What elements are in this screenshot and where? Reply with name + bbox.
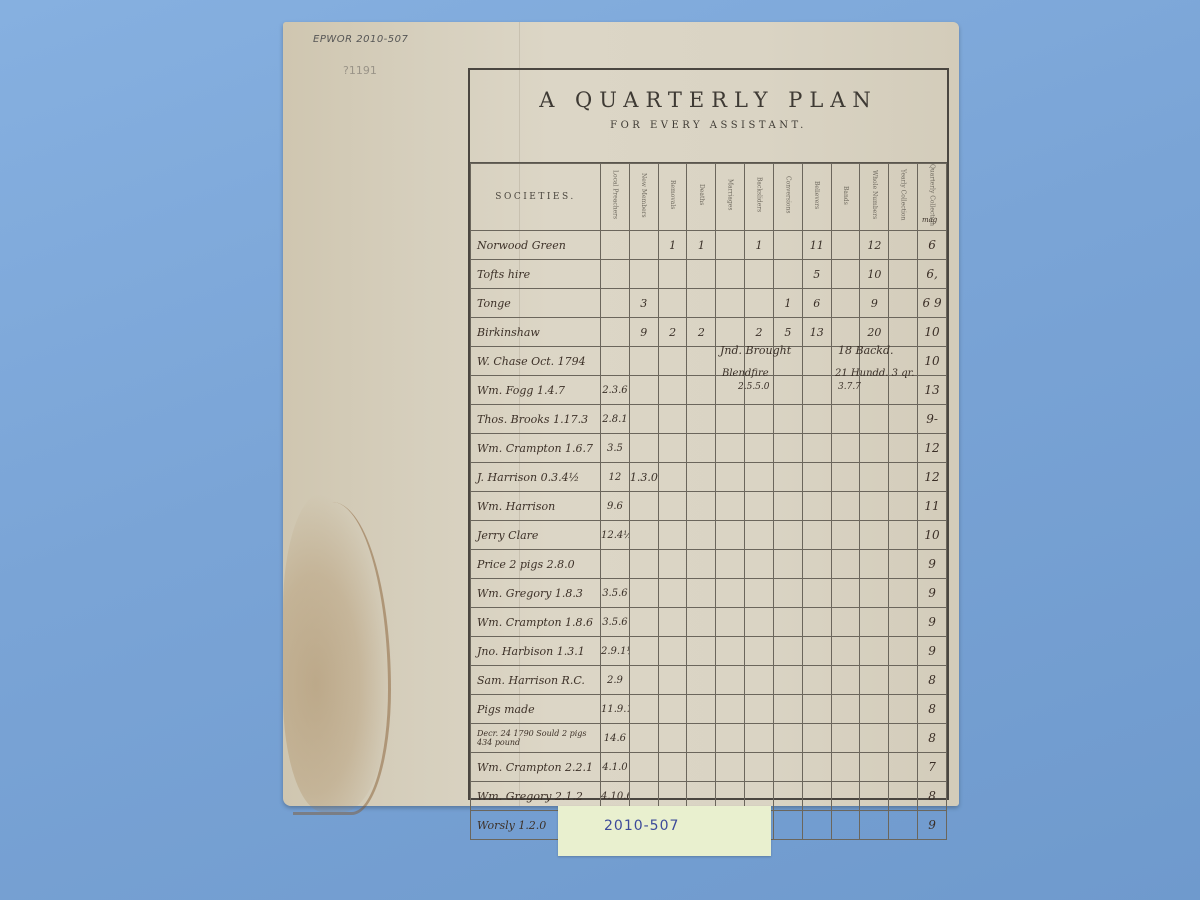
table-cell [802,492,831,521]
table-cell [860,695,889,724]
table-cell [658,260,687,289]
table-cell [860,753,889,782]
table-cell [889,695,918,724]
table-cell [601,550,630,579]
table-cell [687,376,716,405]
table-cell [716,405,745,434]
table-cell: 3.5 [601,434,630,463]
table-cell [773,724,802,753]
table-cell [889,637,918,666]
page-subtitle: FOR EVERY ASSISTANT. [470,112,947,131]
table-cell [629,347,658,376]
table-cell [629,434,658,463]
accession-number: 2010-507 [604,818,679,834]
table-cell [658,376,687,405]
table-cell: 10 [918,521,947,550]
table-cell [687,724,716,753]
page-title: A QUARTERLY PLAN [470,70,947,112]
table-cell [860,782,889,811]
table-cell [716,289,745,318]
table-cell [860,434,889,463]
table-cell [687,753,716,782]
table-cell [658,637,687,666]
table-cell [629,550,658,579]
plan-table: SOCIETIES. Local Preachers New Members R… [470,163,947,840]
table-cell [687,521,716,550]
table-cell [802,434,831,463]
table-cell [860,608,889,637]
table-cell: 12 [918,463,947,492]
table-cell: 12 [601,463,630,492]
table-cell [716,550,745,579]
faint-number: ?1191 [343,64,377,77]
table-cell [601,289,630,318]
table-cell [831,550,860,579]
table-cell [860,521,889,550]
table-cell [687,463,716,492]
table-cell [687,434,716,463]
table-cell [889,521,918,550]
margin-note: 2.5.5.0 [738,382,770,392]
table-cell: 20 [860,318,889,347]
table-cell [629,405,658,434]
margin-note: Blendfire [722,368,769,379]
table-cell: 9.6 [601,492,630,521]
table-cell [889,492,918,521]
table-cell [831,492,860,521]
table-row: Jno. Harbison 1.3.12.9.1½9 [471,637,947,666]
table-cell [831,666,860,695]
table-cell [889,376,918,405]
table-cell [658,666,687,695]
table-cell [658,405,687,434]
society-name: Thos. Brooks 1.17.3 [471,405,601,434]
table-cell: 9- [918,405,947,434]
table-cell [860,405,889,434]
table-cell [831,289,860,318]
table-cell [831,695,860,724]
table-cell [831,434,860,463]
table-cell: 9 [918,550,947,579]
table-cell: 8 [918,782,947,811]
table-row: Sam. Harrison R.C.2.98 [471,666,947,695]
table-row: Wm. Crampton 2.2.14.1.07 [471,753,947,782]
table-cell [716,492,745,521]
table-cell: 12 [918,434,947,463]
column-header: Bands [831,164,860,231]
table-cell [601,231,630,260]
margin-note: 18 Backd. [838,344,894,357]
table-cell [716,231,745,260]
societies-header: SOCIETIES. [471,164,601,231]
table-cell [716,637,745,666]
table-cell: 7 [918,753,947,782]
table-cell: 11 [802,231,831,260]
table-cell [831,521,860,550]
table-cell [745,492,774,521]
table-row: Tonge31696 9 [471,289,947,318]
table-cell: 10 [918,347,947,376]
table-cell: 2.9 [601,666,630,695]
table-cell [745,289,774,318]
table-cell [658,753,687,782]
table-cell [831,260,860,289]
table-cell [831,637,860,666]
document-page: EPWOR 2010-507 ?1191 A QUARTERLY PLAN FO… [283,22,959,806]
table-cell: 2 [687,318,716,347]
column-header: Marriages [716,164,745,231]
table-cell: 13 [802,318,831,347]
table-cell [629,608,658,637]
society-name: Tonge [471,289,601,318]
society-name: Decr. 24 1790 Sould 2 pigs 434 pound [471,724,601,753]
table-cell [658,463,687,492]
table-cell: 1.3.0 [629,463,658,492]
table-cell [716,608,745,637]
table-cell [687,347,716,376]
table-cell [802,753,831,782]
table-cell [831,724,860,753]
table-cell [831,405,860,434]
table-cell [658,608,687,637]
table-cell: 6, [918,260,947,289]
table-row: Decr. 24 1790 Sould 2 pigs 434 pound14.6… [471,724,947,753]
table-cell [745,695,774,724]
table-cell [658,695,687,724]
table-cell [831,318,860,347]
table-cell [802,376,831,405]
table-cell [745,579,774,608]
table-cell [629,695,658,724]
table-cell [889,318,918,347]
table-cell: 8 [918,666,947,695]
table-cell [629,753,658,782]
table-cell [687,550,716,579]
table-cell [831,811,860,840]
table-cell [773,260,802,289]
column-header: Believers [802,164,831,231]
table-cell [802,463,831,492]
society-name: Sam. Harrison R.C. [471,666,601,695]
table-cell [745,608,774,637]
table-cell [889,289,918,318]
table-cell [889,434,918,463]
table-row: Wm. Harrison9.611 [471,492,947,521]
table-cell [889,405,918,434]
table-cell: 2 [745,318,774,347]
table-row: Birkinshaw92225132010 [471,318,947,347]
society-name: W. Chase Oct. 1794 [471,347,601,376]
table-cell [658,434,687,463]
table-cell [802,637,831,666]
table-cell [773,782,802,811]
table-cell [716,579,745,608]
society-name: Jno. Harbison 1.3.1 [471,637,601,666]
table-cell: 3.5.6 [601,579,630,608]
table-cell [745,260,774,289]
table-cell: 11.9.1½ [601,695,630,724]
table-cell [773,521,802,550]
table-cell [773,405,802,434]
table-cell [889,463,918,492]
table-cell [802,811,831,840]
table-cell [802,405,831,434]
table-cell [802,666,831,695]
table-cell [629,492,658,521]
table-cell [745,405,774,434]
table-cell: 9 [918,637,947,666]
table-cell: 2.8.1 [601,405,630,434]
table-cell [860,550,889,579]
table-cell [773,434,802,463]
title-block: A QUARTERLY PLAN FOR EVERY ASSISTANT. [470,70,947,163]
table-cell [831,753,860,782]
society-name: Price 2 pigs 2.8.0 [471,550,601,579]
margin-note: mag [922,216,937,224]
table-cell [716,753,745,782]
table-cell [773,608,802,637]
table-cell [773,231,802,260]
table-cell: 11 [918,492,947,521]
table-cell [745,666,774,695]
table-cell [716,666,745,695]
table-cell [716,724,745,753]
table-cell [716,260,745,289]
table-cell: 6 9 [918,289,947,318]
table-cell [773,666,802,695]
society-name: J. Harrison 0.3.4½ [471,463,601,492]
table-cell [687,637,716,666]
column-header: Conversions [773,164,802,231]
table-cell [802,724,831,753]
table-cell: 5 [773,318,802,347]
table-cell [745,550,774,579]
table-cell [802,782,831,811]
table-cell: 8 [918,724,947,753]
table-cell: 12 [860,231,889,260]
table-cell [629,579,658,608]
table-cell: 9 [918,811,947,840]
table-cell: 1 [658,231,687,260]
table-cell [629,376,658,405]
table-cell: 2 [658,318,687,347]
archive-mark: EPWOR 2010-507 [313,34,408,45]
table-cell: 2.3.6 [601,376,630,405]
table-cell: 5 [802,260,831,289]
table-cell [889,666,918,695]
table-row: Pigs made11.9.1½8 [471,695,947,724]
table-cell [716,318,745,347]
table-cell: 1 [773,289,802,318]
table-row: Wm. Crampton 1.8.63.5.69 [471,608,947,637]
table-cell [687,666,716,695]
accession-label: 2010-507 [558,806,771,856]
table-cell [802,579,831,608]
table-cell: 13 [918,376,947,405]
table-cell [802,347,831,376]
table-cell [860,724,889,753]
table-cell [773,492,802,521]
table-cell: 3 [629,289,658,318]
table-cell: 12.4½ / 32 [601,521,630,550]
table-cell [658,289,687,318]
table-cell [802,608,831,637]
table-row: Wm. Gregory 1.8.33.5.69 [471,579,947,608]
table-cell: 6 [918,231,947,260]
table-row: J. Harrison 0.3.4½121.3.012 [471,463,947,492]
table-cell [860,637,889,666]
society-name: Wm. Harrison [471,492,601,521]
table-cell [889,724,918,753]
table-cell: 10 [918,318,947,347]
table-cell [860,463,889,492]
table-cell [601,318,630,347]
table-cell [831,231,860,260]
table-cell [860,376,889,405]
table-cell [773,579,802,608]
society-name: Norwood Green [471,231,601,260]
table-row: Norwood Green11111126 [471,231,947,260]
table-cell [629,260,658,289]
table-cell [687,405,716,434]
society-name: Jerry Clare [471,521,601,550]
table-cell [773,695,802,724]
table-cell: 1 [687,231,716,260]
table-cell: 8 [918,695,947,724]
table-cell [601,347,630,376]
table-cell [716,463,745,492]
column-header: Local Preachers [601,164,630,231]
table-cell [629,666,658,695]
table-cell [745,521,774,550]
table-cell: 9 [918,579,947,608]
table-cell [687,579,716,608]
table-cell [687,289,716,318]
society-name: Wm. Gregory 1.8.3 [471,579,601,608]
table-cell [716,695,745,724]
table-cell: 4.1.0 [601,753,630,782]
society-name: Pigs made [471,695,601,724]
table-cell [802,695,831,724]
table-cell [802,550,831,579]
column-header: Whole Numbers [860,164,889,231]
table-cell [745,434,774,463]
quarterly-plan-form: A QUARTERLY PLAN FOR EVERY ASSISTANT. SO… [468,68,949,800]
society-name: Wm. Crampton 2.2.1 [471,753,601,782]
column-header: New Members [629,164,658,231]
table-cell [802,521,831,550]
society-name: Tofts hire [471,260,601,289]
table-cell [773,753,802,782]
table-cell [658,521,687,550]
table-row: Wm. Crampton 1.6.73.512 [471,434,947,463]
table-cell: 14.6 [601,724,630,753]
column-header: Backsliders [745,164,774,231]
table-row: Tofts hire5106, [471,260,947,289]
table-row: Jerry Clare12.4½ / 3210 [471,521,947,550]
table-cell [831,782,860,811]
table-cell [658,724,687,753]
column-header: Removals [658,164,687,231]
table-cell [860,492,889,521]
column-header: Deaths [687,164,716,231]
table-cell [889,231,918,260]
society-name: Wm. Crampton 1.8.6 [471,608,601,637]
table-cell [831,579,860,608]
table-cell [773,376,802,405]
table-cell [773,637,802,666]
society-name: Wm. Fogg 1.4.7 [471,376,601,405]
column-header: Yearly Collection [889,164,918,231]
table-cell [889,260,918,289]
table-cell [831,463,860,492]
plan-body: Norwood Green11111126Tofts hire5106,Tong… [471,231,947,840]
table-row: Wm. Fogg 1.4.72.3.613 [471,376,947,405]
table-cell: 3.5.6 [601,608,630,637]
table-cell [745,463,774,492]
table-cell [687,260,716,289]
table-cell: 9 [629,318,658,347]
table-row: Thos. Brooks 1.17.32.8.19- [471,405,947,434]
table-cell: 9 [918,608,947,637]
table-cell [889,579,918,608]
table-row: Price 2 pigs 2.8.09 [471,550,947,579]
table-cell [601,260,630,289]
table-cell [889,608,918,637]
table-cell [773,550,802,579]
table-cell [658,492,687,521]
society-name: Birkinshaw [471,318,601,347]
table-cell [658,347,687,376]
table-cell [831,608,860,637]
header-row: SOCIETIES. Local Preachers New Members R… [471,164,947,231]
table-cell [629,724,658,753]
table-cell [687,608,716,637]
table-cell: 6 [802,289,831,318]
table-cell [889,550,918,579]
table-cell [889,811,918,840]
table-cell [716,434,745,463]
table-cell [687,492,716,521]
table-cell [658,579,687,608]
table-cell [889,753,918,782]
table-cell [687,695,716,724]
table-cell [716,521,745,550]
table-cell: 9 [860,289,889,318]
table-cell: 1 [745,231,774,260]
table-cell: 2.9.1½ [601,637,630,666]
margin-note: 3.7.7 [838,382,861,392]
margin-note: Jnd. Brought [720,344,791,357]
table-cell [745,753,774,782]
table-cell [860,579,889,608]
society-name: Wm. Crampton 1.6.7 [471,434,601,463]
table-cell [629,637,658,666]
table-cell [860,666,889,695]
table-cell [745,637,774,666]
table-cell [773,463,802,492]
table-cell: 10 [860,260,889,289]
table-cell [629,231,658,260]
table-cell [745,724,774,753]
table-cell [629,521,658,550]
table-cell [860,811,889,840]
table-cell [773,811,802,840]
margin-note: 21 Hundd. 3 qr. [835,368,914,379]
table-cell [889,782,918,811]
table-cell [658,550,687,579]
